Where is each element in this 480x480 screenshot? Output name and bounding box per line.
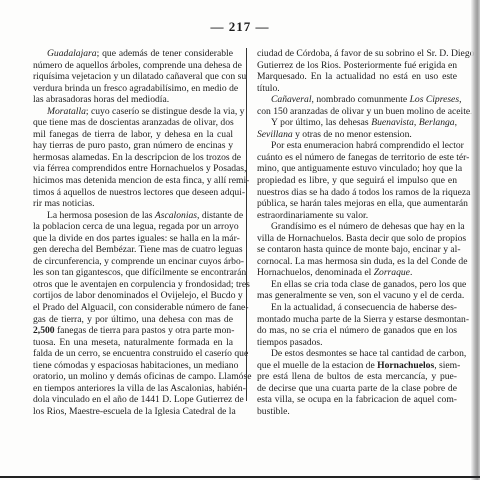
text-segment: pre está llena de bultos de esta mercanc… [257,371,457,382]
text-segment: número de aquellos árboles, comprende un… [33,60,242,71]
text-segment: Grandísimo es el número de dehesas que h… [271,221,465,232]
text-line: Moratalla; cuyo caserío se distingue des… [33,106,233,118]
scanned-page: — 217 — Guadalajara; que además de tener… [0,0,480,480]
text-line: pública, se harán tales mejoras en ella,… [257,198,457,210]
text-line: Sevillana y otras de no menor estension. [257,129,457,141]
text-line: timos á aquellos de nuestros lectores qu… [33,187,233,199]
text-line: pre está llena de bultos de esta mercanc… [257,371,457,383]
bold-text: Hornachuelos [377,360,434,371]
text-line: En la actualidad, á consecuencia de habe… [257,302,457,314]
text-segment: nuestros dias se ha dado á todos los ram… [257,187,470,198]
text-segment: se contaron hasta quince de monte bajo, … [257,244,461,255]
text-segment: les son tan gigantescos, que difícilment… [33,267,246,278]
text-segment: falda de un cerro, se encuentra construi… [33,348,248,359]
text-line: número de aquellos árboles, comprende un… [33,60,233,72]
italic-text: Berlanga [419,117,455,128]
bottom-border [0,476,480,478]
page-number: — 217 — [0,19,480,35]
text-segment: hermosas alamedas. En la descripcion de … [33,152,241,163]
text-line: en tiempos anteriores la villa de las As… [33,383,233,395]
text-segment: hicimos mas detenida mencion de esta fin… [33,175,249,186]
text-segment: que la divide en dos partes iguales: se … [33,233,240,244]
text-segment: que el muelle de la estacion de [257,360,377,371]
text-segment: , distante de [197,210,243,221]
text-segment: Hornachuelos, denominada el [257,267,374,278]
text-segment: En ellas se cria toda clase de ganados, … [271,279,466,290]
text-line: mas generalmente se ven, son el vacuno y… [257,290,457,302]
text-line: gas de tierra, y por último, una dehesa … [33,314,233,326]
text-line: do mas, no se cria el número de ganados … [257,325,457,337]
text-segment: que tiene mas de doscientas aranzadas de… [33,117,234,128]
text-line: Grandísimo es el número de dehesas que h… [257,221,457,233]
italic-text: Cañaveral [271,94,312,105]
text-line: dola vinculado en el año de 1441 D. Lope… [33,394,233,406]
text-segment: mil fanegas de tierra de labor, y dehesa… [33,129,233,140]
text-line: el Prado del Alguacil, con considerable … [33,302,233,314]
italic-text: Guadalajara [47,48,97,59]
scan-edge-shadow [471,0,480,480]
text-line: les son tan gigantescos, que difícilment… [33,267,233,279]
text-segment: mino, que antiguamente estuvo vinculado;… [257,163,462,174]
text-line: gen derecha del Bembézar. Tiene mas de c… [33,244,233,256]
text-segment: riquísima vejetacion y un dilatado cañav… [33,71,246,82]
text-line: hay tierras de puro pasto, gran número d… [33,140,233,152]
text-segment: . [410,267,412,278]
text-segment: pública, se harán tales mejoras en ella,… [257,198,468,209]
text-segment: gas de tierra, y por último, una dehesa … [33,314,233,325]
text-segment: estraordinariamente su valor. [257,210,368,221]
text-segment: y otras de no menor estension. [293,129,412,140]
text-line: hermosas alamedas. En la descripcion de … [33,152,233,164]
text-line: esta villa, se ocupa en la fabricacion d… [257,394,457,406]
text-segment: do mas, no se cria el número de ganados … [257,325,457,336]
text-segment: montado mucha parte de la Sierra y estar… [257,314,469,325]
italic-text: Zorraque [374,267,410,278]
text-segment: gen derecha del Bembézar. Tiene mas de c… [33,244,243,255]
column-divider [246,48,247,401]
text-line: título. [257,83,457,95]
text-segment: Marquesado. En la actualidad no está en … [257,71,457,82]
text-line: hicimos mas detenida mencion de esta fin… [33,175,233,187]
text-segment: , nombrado comunmente [312,94,410,105]
italic-text: Ascalonias [155,210,197,221]
text-line: Gutierrez de los Rios. Posteriormente fu… [257,60,457,72]
text-line: cuánto es el número de fanegas de territ… [257,152,457,164]
text-line: Guadalajara; que además de tener conside… [33,48,233,60]
text-segment: tiene cómodas y espaciosas habitaciones,… [33,360,238,371]
right-text-column: ciudad de Córdoba, á favor de su sobrino… [257,48,457,418]
text-line: que la divide en dos partes iguales: se … [33,233,233,245]
text-segment: con 150 aranzadas de olivar y un buen mo… [257,106,473,117]
text-line: Por esta enumeracion habrá comprendido e… [257,140,457,152]
text-line: propiedad es libre, y que seguirá el imp… [257,175,457,187]
text-line: la poblacion cerca de una legua, regada … [33,221,233,233]
text-line: que el muelle de la estacion de Hornachu… [257,360,457,372]
italic-text: Sevillana [257,129,293,140]
text-line: estraordinariamente su valor. [257,210,457,222]
text-line: via férrea comprendidos entre Hornachuel… [33,163,233,175]
text-line: de decirse que una cuarta parte de la cl… [257,383,457,395]
text-segment: los Rios, Maestre-escuela de la Iglesia … [33,406,236,417]
italic-text: Buenavista [371,117,414,128]
text-line: tiempos pasados. [257,337,457,349]
text-segment: , [455,117,457,128]
text-segment: timos á aquellos de nuestros lectores qu… [33,187,245,198]
text-line: las abrasadoras horas del mediodía. [33,94,233,106]
text-segment: cornocal. La mas hermosa sin duda, es la… [257,256,467,267]
text-line: cornocal. La mas hermosa sin duda, es la… [257,256,457,268]
text-segment: ciudad de Córdoba, á favor de su sobrino… [257,48,474,59]
text-line: ciudad de Córdoba, á favor de su sobrino… [257,48,457,60]
text-segment: De estos desmontes se hace tal cantidad … [271,348,466,359]
text-line: otros que le aventajen en corpulencia y … [33,279,233,291]
text-segment: hay tierras de puro pasto, gran número d… [33,140,233,151]
text-segment: La hermosa posesion de las [47,210,155,221]
text-segment: En la actualidad, á consecuencia de habe… [271,302,457,313]
text-segment: , [459,94,461,105]
text-segment: cuánto es el número de fanegas de territ… [257,152,469,163]
text-line: que tiene mas de doscientas aranzadas de… [33,117,233,129]
text-segment: Gutierrez de los Rios. Posteriormente fu… [257,60,457,71]
text-segment: de decirse que una cuarta parte de la cl… [257,383,457,394]
text-line: tiene cómodas y espaciosas habitaciones,… [33,360,233,372]
text-segment: propiedad es libre, y que seguirá el imp… [257,175,457,186]
text-segment: título. [257,83,280,94]
text-line: Marquesado. En la actualidad no está en … [257,71,457,83]
text-segment: tuosa. En una meseta, naturalmente forma… [33,337,233,348]
text-segment: via férrea comprendidos entre Hornachuel… [33,163,246,174]
text-line: con 150 aranzadas de olivar y un buen mo… [257,106,457,118]
text-line: cortijos de labor denominados el Ovijele… [33,290,233,302]
text-line: oratorio, un molino y demás oficinas de … [33,371,233,383]
italic-text: Los Cipreses [410,94,460,105]
text-line: Y por último, las dehesas Buenavista, Be… [257,117,457,129]
text-segment: cortijos de labor denominados el Ovijele… [33,290,243,301]
text-line: rir mas noticias. [33,198,233,210]
text-line: montado mucha parte de la Sierra y estar… [257,314,457,326]
italic-text: Moratalla [47,106,86,117]
text-segment: en tiempos anteriores la villa de las As… [33,383,246,394]
text-segment: de circunferencia, y comprende un encina… [33,256,244,267]
text-segment: Y por último, las dehesas [271,117,371,128]
text-line: de circunferencia, y comprende un encina… [33,256,233,268]
text-line: De estos desmontes se hace tal cantidad … [257,348,457,360]
text-segment: rir mas noticias. [33,198,95,209]
text-line: verdura brinda un fresco agradabilísimo,… [33,83,233,95]
text-segment: oratorio, un molino y demás oficinas de … [33,371,251,382]
text-line: La hermosa posesion de las Ascalonias, d… [33,210,233,222]
text-line: Cañaveral, nombrado comunmente Los Cipre… [257,94,457,106]
text-segment: Por esta enumeracion habrá comprendido e… [271,140,464,151]
text-segment: ; que además de tener considerable [97,48,233,59]
text-segment: el Prado del Alguacil, con considerable … [33,302,249,313]
text-line: villa de Hornachuelos. Basta decir que s… [257,233,457,245]
text-segment: la poblacion cerca de una legua, regada … [33,221,239,232]
text-line: tuosa. En una meseta, naturalmente forma… [33,337,233,349]
text-segment: fanegas de tierra para pastos y otra par… [55,325,235,336]
text-segment: mas generalmente se ven, son el vacuno y… [257,290,464,301]
text-segment: ; cuyo caserío se distingue desde la via… [86,106,245,117]
text-line: riquísima vejetacion y un dilatado cañav… [33,71,233,83]
text-line: En ellas se cria toda clase de ganados, … [257,279,457,291]
text-line: mil fanegas de tierra de labor, y dehesa… [33,129,233,141]
text-line: nuestros dias se ha dado á todos los ram… [257,187,457,199]
text-line: 2,500 fanegas de tierra para pastos y ot… [33,325,233,337]
text-line: se contaron hasta quince de monte bajo, … [257,244,457,256]
text-segment: , siem- [434,360,460,371]
text-line: los Rios, Maestre-escuela de la Iglesia … [33,406,233,418]
text-line: bustible. [257,406,457,418]
left-text-column: Guadalajara; que además de tener conside… [33,48,233,418]
text-segment: otros que le aventajen en corpulencia y … [33,279,250,290]
text-line: mino, que antiguamente estuvo vinculado;… [257,163,457,175]
text-segment: verdura brinda un fresco agradabilísimo,… [33,83,238,94]
text-line: Hornachuelos, denominada el Zorraque. [257,267,457,279]
text-segment: tiempos pasados. [257,337,323,348]
text-segment: las abrasadoras horas del mediodía. [33,94,169,105]
text-segment: dola vinculado en el año de 1441 D. Lope… [33,394,244,405]
text-segment: esta villa, se ocupa en la fabricacion d… [257,394,457,405]
bold-text: 2,500 [33,325,55,336]
text-segment: bustible. [257,406,290,417]
text-line: falda de un cerro, se encuentra construi… [33,348,233,360]
text-segment: villa de Hornachuelos. Basta decir que s… [257,233,466,244]
